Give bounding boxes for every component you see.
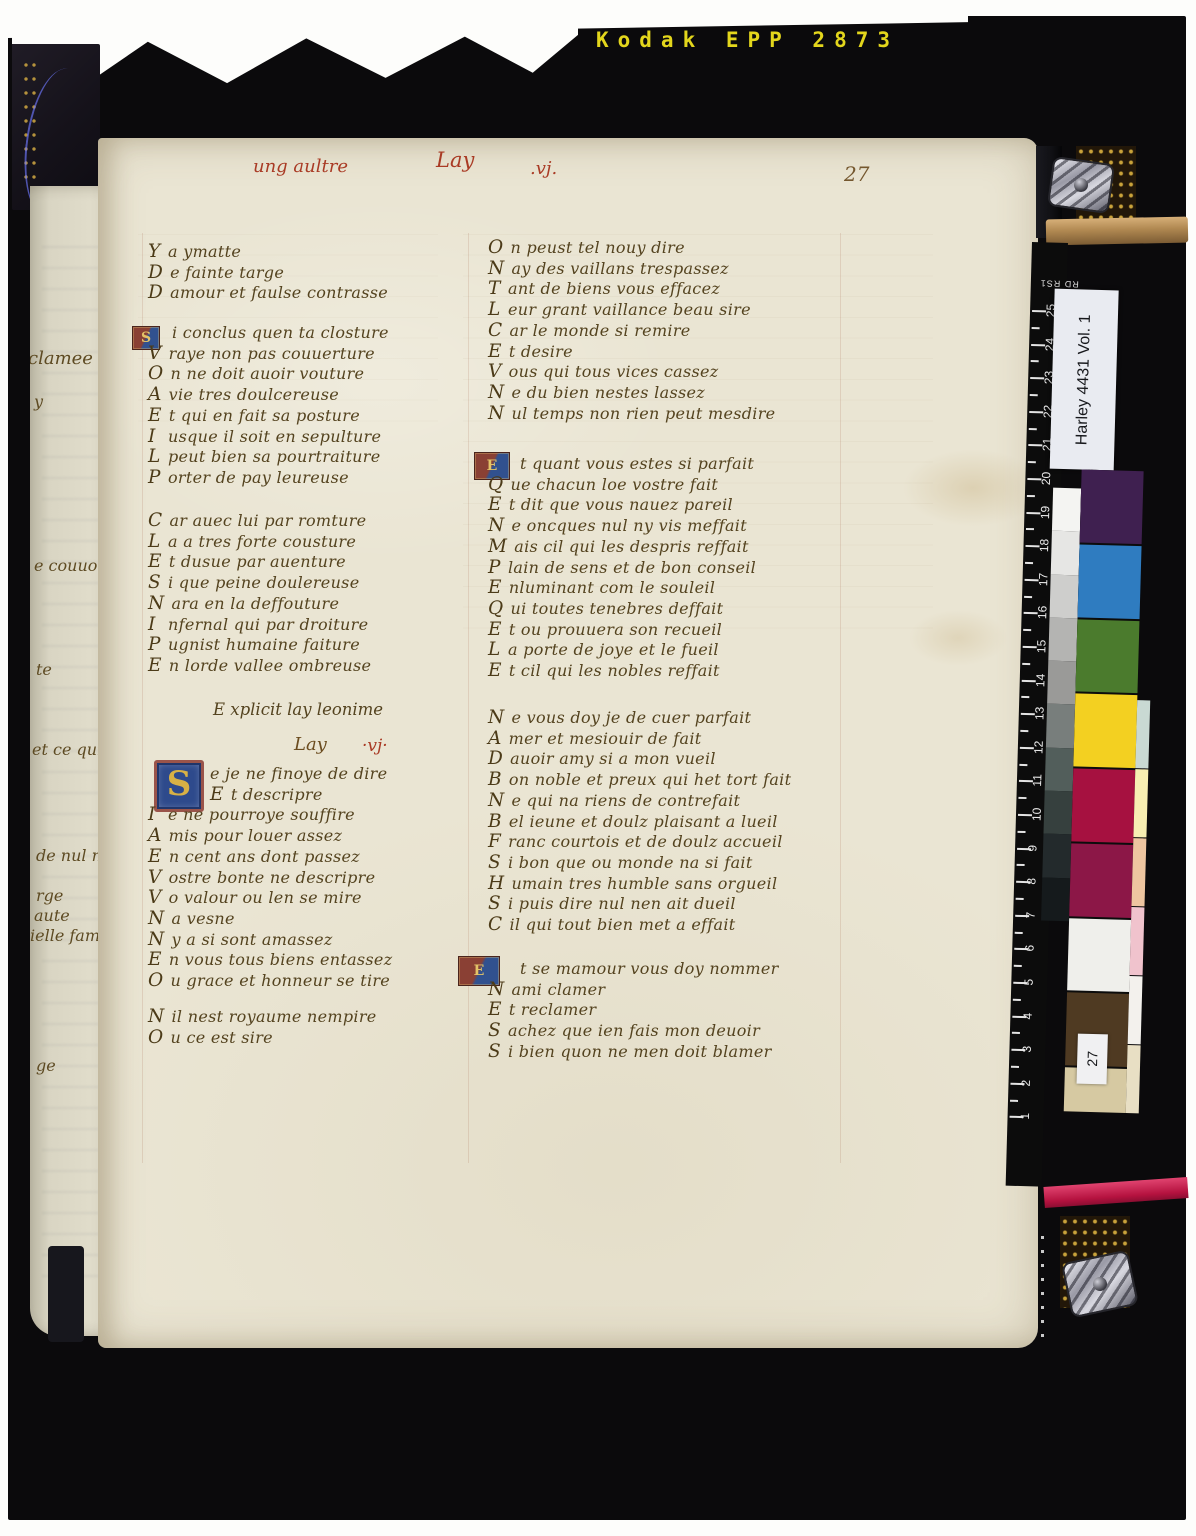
ruler-number: 1 (1018, 1113, 1032, 1120)
versal-letter: I (148, 805, 161, 826)
verse-line: Ne qui na riens de contrefait (488, 791, 791, 812)
verse-line: e je ne finoye de dire (148, 764, 392, 785)
verse-line: Mais cil qui les despris reffait (488, 537, 756, 558)
ruler-half-tick (1018, 797, 1026, 799)
verse-line: On peust tel nouy dire (488, 238, 775, 259)
color-patch (1133, 769, 1148, 837)
color-patch (1128, 976, 1143, 1044)
verse-line: Car le monde si remire (488, 321, 775, 342)
ruler-half-tick (1022, 663, 1030, 665)
verse-line: La a tres forte cousture (148, 532, 371, 553)
verse-line: Si bon que ou monde na si fait (488, 853, 791, 874)
verse-line: Et ou prouuera son recueil (488, 620, 756, 641)
versal-letter: B (488, 812, 502, 833)
ruler-number: 19 (1038, 505, 1052, 519)
versal-letter: P (148, 468, 161, 489)
color-patch (1048, 618, 1077, 662)
ruler-half-tick (1024, 596, 1032, 598)
versal-letter: I (148, 615, 161, 636)
stanza: t quant vous estes si parfaitQue chacun … (488, 454, 756, 682)
lay-heading-number: ·vj· (362, 736, 388, 756)
ruler-number: 9 (1025, 844, 1039, 851)
versal-letter: O (148, 971, 163, 992)
versal-letter: N (148, 909, 165, 930)
versal-letter: V (148, 868, 162, 889)
manuscript-page: ung aultre Lay .vj. 27 Ya ymatteDe faint… (98, 138, 1038, 1348)
versal-letter: V (148, 344, 162, 365)
versal-letter: S (488, 1042, 501, 1063)
facing-fragment: rge (36, 886, 63, 905)
ruler-half-tick (1012, 1032, 1020, 1034)
stanza: t se mamour vous doy nommerNami clamerEt… (488, 959, 779, 1063)
ruler-half-tick (1026, 528, 1034, 530)
ruler-number: 12 (1031, 740, 1045, 754)
versal-letter: H (488, 874, 504, 895)
versal-letter: E (488, 495, 502, 516)
versal-letter: C (488, 915, 502, 936)
explicit-line: E xplicit lay leonime (213, 700, 383, 719)
versal-letter: S (488, 853, 501, 874)
color-patch (1073, 694, 1137, 768)
ruler-number: 10 (1030, 807, 1044, 821)
versal-letter: P (148, 635, 161, 656)
ruler-half-tick (1029, 428, 1037, 430)
lay-heading-word: Lay (294, 734, 327, 755)
verse-line: Nara en la deffouture (148, 594, 371, 615)
verse-line: Cil qui tout bien met a effait (488, 915, 791, 936)
facing-fragment: ge (36, 1056, 56, 1075)
verse-line: Vo valour ou len se mire (148, 888, 392, 909)
versal-letter: C (488, 321, 502, 342)
ruler-half-tick (1017, 864, 1025, 866)
versal-letter: E (148, 847, 162, 868)
stanza: i conclus quen ta clostureVraye non pas … (148, 323, 389, 489)
color-patch (1078, 544, 1142, 618)
ruler-number: 3 (1020, 1046, 1034, 1053)
color-patch (1080, 469, 1144, 543)
ruler-number: 18 (1037, 539, 1051, 553)
ruler-half-tick (1020, 730, 1028, 732)
versal-letter: E (148, 656, 162, 677)
ruler-number: 14 (1033, 673, 1047, 687)
ruler-half-tick (1011, 1066, 1019, 1068)
ruler-number: 8 (1024, 878, 1038, 885)
verse-line: Ny a si sont amassez (148, 930, 392, 951)
versal-letter: A (148, 826, 162, 847)
ruler-half-tick (1010, 1099, 1018, 1101)
page-clip (48, 1246, 84, 1342)
stanza: Ne vous doy je de cuer parfaitAmer et me… (488, 708, 791, 936)
verse-line: Ou grace et honneur se tire (148, 971, 392, 992)
color-patch (1126, 1045, 1141, 1113)
stanza: Nil nest royaume nempireOu ce est sire (148, 1007, 377, 1048)
ruler-half-tick (1028, 461, 1036, 463)
versal-letter: E (148, 406, 162, 427)
ruler-number: 17 (1036, 572, 1050, 586)
versal-letter: N (148, 930, 165, 951)
versal-letter: A (488, 729, 502, 750)
verse-line: Pugnist humaine faiture (148, 635, 371, 656)
color-patch (1067, 918, 1131, 992)
versal-letter: V (488, 362, 502, 383)
verse-line: Et descripre (148, 785, 392, 806)
versal-letter: E (148, 552, 162, 573)
color-patch (1047, 661, 1076, 705)
versal-letter: B (488, 770, 502, 791)
versal-letter: D (148, 263, 163, 284)
verse-line: Si bien quon ne men doit blamer (488, 1042, 779, 1063)
verse-line: Bon noble et preux qui het tort fait (488, 770, 791, 791)
facing-fragment: aute (34, 906, 70, 925)
verse-line: La porte de joye et le fueil (488, 640, 756, 661)
verse-line: Et qui en fait sa posture (148, 406, 389, 427)
stanza: Ya ymatteDe fainte targeDamour et faulse… (148, 242, 388, 304)
versal-letter: S (488, 1021, 501, 1042)
verse-line: Plain de sens et de bon conseil (488, 558, 756, 579)
verse-line: En vous tous biens entassez (148, 950, 392, 971)
color-patch (1071, 768, 1135, 842)
versal-letter: E (488, 578, 502, 599)
verse-line: Damour et faulse contrasse (148, 283, 388, 304)
ruler-number: 20 (1039, 472, 1053, 486)
shelfmark-label: Harley 4431 Vol. 1 (1050, 289, 1119, 471)
verse-line: Si puis dire nul nen ait dueil (488, 894, 791, 915)
verse-line: Et cil qui les nobles reffait (488, 661, 756, 682)
verse-line: Ne oncques nul ny vis meffait (488, 516, 756, 537)
ruler-number: 16 (1035, 606, 1049, 620)
versal-letter: N (488, 980, 505, 1001)
verse-line: Vostre bonte ne descripre (148, 868, 392, 889)
verse-line: Amer et mesiouir de fait (488, 729, 791, 750)
versal-letter: I (148, 427, 161, 448)
verse-line: Et desire (488, 342, 775, 363)
versal-letter: O (488, 238, 503, 259)
versal-letter: N (488, 516, 505, 537)
film-edge-label: Kodak EPP 2873 (596, 28, 899, 52)
verse-line: Iusque il soit en sepulture (148, 427, 389, 448)
verse-line: Avie tres doulcereuse (148, 385, 389, 406)
versal-letter: S (148, 573, 161, 594)
versal-letter: N (148, 1007, 165, 1028)
manuscript-photo-screenshot: Kodak EPP 2873 clamee y e couuortise te … (0, 0, 1196, 1536)
versal-letter: Q (488, 475, 503, 496)
verse-line: Ne du bien nestes lassez (488, 383, 775, 404)
facing-fragment: clamee (30, 348, 93, 369)
color-patch (1041, 877, 1070, 921)
color-patch (1130, 907, 1145, 975)
versal-letter: Y (148, 242, 161, 263)
versal-letter: A (148, 385, 162, 406)
verse-line: De fainte targe (148, 263, 388, 284)
ruler-half-tick (1023, 629, 1031, 631)
stanza: e je ne finoye de direEt descripreIe ne … (148, 764, 392, 992)
verse-line: Vous qui tous vices cassez (488, 362, 775, 383)
stanza: Car auec lui par romtureLa a tres forte … (148, 511, 371, 677)
verse-line: Et reclamer (488, 1000, 779, 1021)
verse-line: En lorde vallee ombreuse (148, 656, 371, 677)
verse-line: En cent ans dont passez (148, 847, 392, 868)
ruler-number: 15 (1034, 640, 1048, 654)
ruler-number: 11 (1030, 774, 1044, 787)
versal-letter: N (488, 259, 505, 280)
ruler-title: RD RS1 (1025, 278, 1079, 290)
verse-line: Et dit que vous nauez pareil (488, 495, 756, 516)
verse-line: t quant vous estes si parfait (488, 454, 756, 475)
color-patch (1051, 531, 1080, 575)
verse-line: Bel ieune et doulz plaisant a lueil (488, 812, 791, 833)
versal-letter: L (488, 640, 501, 661)
verse-line: Nami clamer (488, 980, 779, 1001)
running-header-title: Lay (436, 148, 474, 172)
ruler-half-tick (1032, 327, 1040, 329)
verse-line: Nil nest royaume nempire (148, 1007, 377, 1028)
color-patch (1135, 700, 1150, 768)
ruler-half-tick (1025, 562, 1033, 564)
versal-letter: E (148, 950, 162, 971)
versal-letter: E (488, 661, 502, 682)
versal-letter: N (488, 791, 505, 812)
folio-number: 27 (844, 162, 869, 186)
ruler-half-tick (1015, 931, 1023, 933)
running-header-number: .vj. (530, 158, 557, 179)
versal-letter: O (148, 364, 163, 385)
versal-letter: E (488, 342, 502, 363)
ruler-half-tick (1014, 965, 1022, 967)
verse-line: Porter de pay leureuse (148, 468, 389, 489)
color-patch (1042, 834, 1071, 878)
ruler-half-tick (1031, 360, 1039, 362)
versal-letter: D (488, 749, 503, 770)
versal-letter: C (148, 511, 162, 532)
versal-letter: O (148, 1028, 163, 1049)
color-patch (1069, 843, 1133, 917)
color-patch (1046, 704, 1075, 748)
versal-letter: P (488, 558, 501, 579)
ruler-half-tick (1030, 394, 1038, 396)
clasp-strap (1028, 1236, 1060, 1340)
verse-line: Infernal qui par droiture (148, 615, 371, 636)
verse-line: i conclus quen ta closture (148, 323, 389, 344)
versal-letter: L (148, 447, 161, 468)
verse-line: Lpeut bien sa pourtraiture (148, 447, 389, 468)
ruler-number: 6 (1023, 945, 1037, 952)
ruler-half-tick (1021, 696, 1029, 698)
kodak-color-target: 2524232221201918171615141312111098765432… (1006, 242, 1182, 1192)
verse-line: Si que peine doulereuse (148, 573, 371, 594)
verse-line: Sachez que ien fais mon deuoir (488, 1021, 779, 1042)
versal-letter: D (148, 283, 163, 304)
metal-buckle (1047, 156, 1115, 214)
verse-line: On ne doit auoir vouture (148, 364, 389, 385)
verse-line: Humain tres humble sans orgueil (488, 874, 791, 895)
verse-line: Leur grant vaillance beau sire (488, 300, 775, 321)
ruler-number: 5 (1022, 979, 1036, 986)
versal-letter: N (488, 708, 505, 729)
versal-letter: S (488, 894, 501, 915)
versal-letter: L (148, 532, 161, 553)
versal-letter: T (488, 279, 501, 300)
versal-letter: N (148, 594, 165, 615)
verse-line: Ya ymatte (148, 242, 388, 263)
versal-letter: F (488, 832, 501, 853)
ruler-number: 4 (1021, 1012, 1035, 1019)
versal-letter: E (488, 620, 502, 641)
versal-letter: E (210, 785, 224, 806)
verse-line: Nul temps non rien peut mesdire (488, 404, 775, 425)
folio-tag: 27 (1077, 1034, 1108, 1085)
versal-letter: L (488, 300, 501, 321)
ruler-number: 7 (1023, 911, 1037, 918)
versal-letter: Q (488, 599, 503, 620)
verse-line: Ie ne pourroye souffire (148, 805, 392, 826)
verse-line: Et dusue par auenture (148, 552, 371, 573)
ruler-half-tick (1019, 763, 1027, 765)
versal-letter: N (488, 404, 505, 425)
versal-letter: N (488, 383, 505, 404)
stanza: On peust tel nouy direNay des vaillans t… (488, 238, 775, 424)
versal-letter: V (148, 888, 162, 909)
verse-line: Vraye non pas couuerture (148, 344, 389, 365)
color-patch (1131, 838, 1146, 906)
color-patch (1043, 791, 1072, 835)
verse-line: Car auec lui par romture (148, 511, 371, 532)
color-patch (1052, 488, 1081, 532)
versal-letter: M (488, 537, 507, 558)
versal-letter: E (488, 1000, 502, 1021)
ruler-half-tick (1013, 999, 1021, 1001)
running-header-left: ung aultre (253, 156, 348, 177)
verse-line: Qui toutes tenebres deffait (488, 599, 756, 620)
facing-fragment: y (34, 392, 43, 411)
verse-line: Que chacun loe vostre fait (488, 475, 756, 496)
color-patch (1050, 574, 1079, 618)
verse-line: Amis pour louer assez (148, 826, 392, 847)
verse-line: Ne vous doy je de cuer parfait (488, 708, 791, 729)
verse-line: Tant de biens vous effacez (488, 279, 775, 300)
verse-line: Nay des vaillans trespassez (488, 259, 775, 280)
ruler-half-tick (1027, 495, 1035, 497)
verse-line: Na vesne (148, 909, 392, 930)
verse-line: Franc courtois et de doulz accueil (488, 832, 791, 853)
facing-fragment: te (36, 660, 52, 679)
verse-line: Dauoir amy si a mon vueil (488, 749, 791, 770)
ruler-number: 13 (1032, 707, 1046, 721)
color-patch (1075, 619, 1139, 693)
color-patch (1045, 747, 1074, 791)
verse-line: t se mamour vous doy nommer (488, 959, 779, 980)
verse-line: Enluminant com le souleil (488, 578, 756, 599)
wooden-rod (1046, 217, 1189, 246)
verse-line: Ou ce est sire (148, 1028, 377, 1049)
ruler-half-tick (1018, 831, 1026, 833)
ruler-number: 2 (1019, 1079, 1033, 1086)
ruler-half-tick (1016, 898, 1024, 900)
